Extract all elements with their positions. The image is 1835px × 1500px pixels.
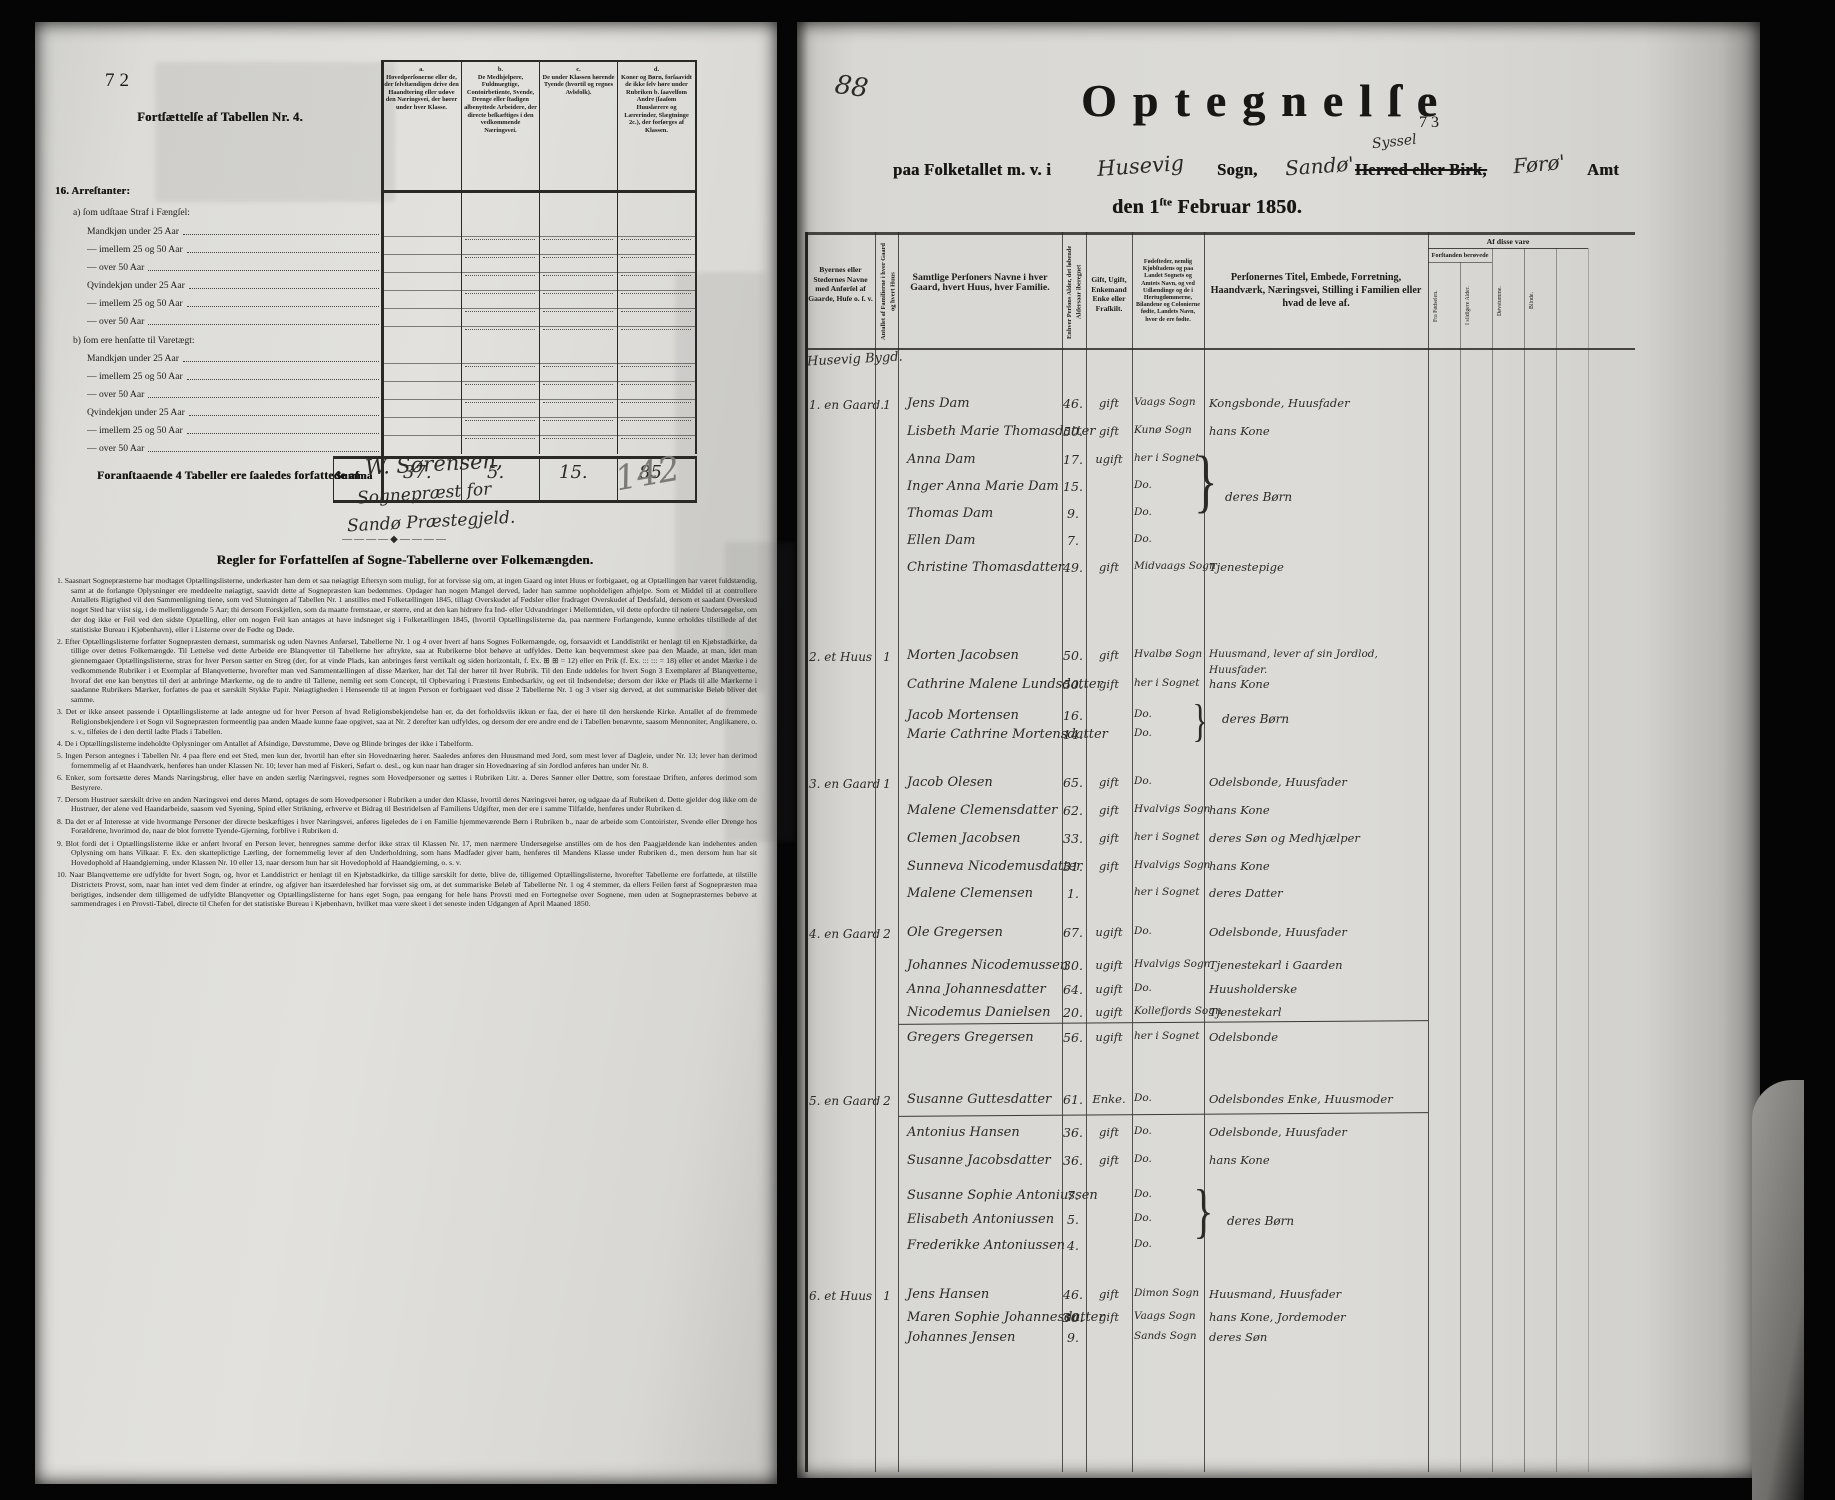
census-row: Christine Thomasdatter49.giftMidvaags So… [797, 560, 1760, 586]
rules-list: 1. Saasnart Sognepræsterne har modtaget … [57, 576, 757, 912]
rule-item: 6. Enker, som fortsætte deres Mands Næri… [57, 773, 757, 792]
census-row: Susanne Sophie Antoniussen7.Do. [797, 1188, 1760, 1214]
table4-colhead-d: d. Koner og Børn, forſaavidt de ikke ſel… [618, 64, 695, 134]
table4-colhead-b: b. De Medhjelpere, Fuldmægtige, Contoirb… [462, 64, 539, 134]
census-colhead-place: Byernes eller Stedernes Navne med Anførſ… [806, 262, 875, 306]
table4-colhead-a: a. Hovedperſonerne eller de, der ſelvſtæ… [382, 64, 461, 112]
district-handwritten: Sandø' [1284, 152, 1354, 181]
rule-item: 7. Dersom Hustruer særskilt drive en and… [57, 795, 757, 814]
subtitle-sogn: Sogn, [1217, 160, 1257, 180]
rule-item: 4. De i Optællingslisterne indeholdte Op… [57, 739, 757, 749]
table4-row: Qvindekjøn under 25 Aar [87, 280, 381, 291]
census-row: Malene Clemensdatter62.giftHvalvigs Sogn… [797, 803, 1760, 829]
table4-row: Qvindekjøn under 25 Aar [87, 407, 381, 418]
census-row: Johannes Jensen9.Sands Sognderes Søn [797, 1330, 1760, 1356]
census-colhead-insane: Forſtanden berøvede [1428, 248, 1492, 264]
table4-row: — over 50 Aar [87, 443, 381, 454]
census-colhead-blind: Blinde. [1526, 256, 1554, 346]
attestation-signature: W. Sørensen, [364, 448, 503, 479]
census-row: Johannes Nicodemussen30.ugiftHvalvigs So… [797, 958, 1760, 984]
left-folio-number: 72 [105, 70, 134, 92]
attestation-title: Sognepræst for [356, 479, 491, 508]
rule-item: 1. Saasnart Sognepræsterne har modtaget … [57, 576, 757, 634]
children-note: deres Børn [1227, 1214, 1294, 1228]
table4-row: Mandkjøn under 25 Aar [87, 353, 381, 364]
table4-row: — imellem 25 og 50 Aar [87, 298, 381, 309]
census-row: Thomas Dam9.Do. [797, 506, 1760, 532]
subtitle-amt: Amt [1587, 160, 1619, 180]
census-colhead-deafmute: Døvstumme. [1494, 256, 1522, 346]
table4-row: — over 50 Aar [87, 316, 381, 327]
rule-item: 2. Efter Optællingslisterne forfatter So… [57, 637, 757, 705]
census-row: Susanne Jacobsdatter36.giftDo.hans Kone [797, 1153, 1760, 1179]
census-row: Jacob Olesen65.giftDo.Odelsbonde, Huusfa… [797, 775, 1760, 801]
census-colhead-later-age: I sildigere Alder. [1462, 266, 1490, 346]
right-page: 88 Optegnelſe 73 paa Folketallet m. v. i… [797, 22, 1760, 1478]
children-note: deres Børn [1225, 490, 1292, 504]
census-row: Jens Dam46.giftVaags SognKongsbonde, Huu… [797, 396, 1760, 422]
census-row: Gregers Gregersen56.ugifther i SognetOde… [797, 1030, 1760, 1056]
table4-row: — imellem 25 og 50 Aar [87, 244, 381, 255]
census-colhead-from-birth: Fra Fødselen. [1430, 266, 1458, 346]
rule-item: 8. Da det er af Interesse at vide hvorma… [57, 817, 757, 836]
summa-value: 15. [559, 462, 588, 483]
syssel-handwritten: Syssel [1371, 132, 1417, 153]
census-row: Clemen Jacobsen33.gifther i Sognetderes … [797, 831, 1760, 857]
table4-row: — imellem 25 og 50 Aar [87, 371, 381, 382]
census-row: Sunneva Nicodemusdatter31.giftHvalvigs S… [797, 859, 1760, 885]
attestation-printed: Foranſtaaende 4 Tabeller ere ſaaledes fo… [97, 470, 359, 482]
census-row: Cathrine Malene Lundsdatter50.gifther i … [797, 677, 1760, 703]
census-colhead-birthplace: Fødeſteder, nemlig Kjøbſtadens og paa La… [1133, 256, 1203, 327]
census-row: Antonius Hansen36.giftDo.Odelsbonde, Huu… [797, 1125, 1760, 1151]
census-colhead-names: Samtlige Perſoners Navne i hver Gaard, h… [899, 270, 1061, 295]
census-row: Nicodemus Danielsen20.ugiftKollefjords S… [797, 1005, 1760, 1031]
children-brace: } [1192, 694, 1207, 747]
table4-row: b) ſom ere henſatte til Varetægt: [73, 335, 381, 346]
table4-colhead-c: c. De under Klassen hørende Tyende (hvor… [540, 64, 617, 96]
census-row: Anna Dam17.ugifther i Sognet [797, 452, 1760, 478]
census-colhead-families: Antallet af Familierne i hver Gaard og h… [877, 238, 897, 346]
section-ornament: ————◆———— [285, 534, 505, 545]
margin-mark: 88 [833, 70, 870, 104]
date-line: den 1ſte Februar 1850. [997, 196, 1417, 219]
children-note: deres Børn [1222, 712, 1289, 726]
amt-handwritten: Førø' [1512, 150, 1566, 178]
district-name: Husevig Bygd. [807, 350, 903, 370]
attestation-parish: Sandø Præstegjeld. [347, 508, 516, 537]
table4-row: — over 50 Aar [87, 389, 381, 400]
subtitle-struck: Herred eller Birk, [1355, 160, 1487, 180]
parish-handwritten: Husevig [1096, 151, 1185, 181]
census-row: Lisbeth Marie Thomasdatter50.giftKunø So… [797, 424, 1760, 450]
page-edge-curl [1752, 1080, 1804, 1500]
table4-row: — over 50 Aar [87, 262, 381, 273]
census-colhead-age: Enhver Perſons Alder, det løbende Alders… [1063, 238, 1085, 346]
census-book-scan: 72 Fortſættelſe af Tabellen Nr. 4. a. Ho… [0, 0, 1835, 1500]
subtitle-pre: paa Folketallet m. v. i [893, 160, 1051, 180]
census-row: Ellen Dam7.Do. [797, 533, 1760, 559]
page-title: Optegnelſe [917, 74, 1617, 127]
census-row: Ole Gregersen67.ugiftDo.Odelsbonde, Huus… [797, 925, 1760, 951]
rules-heading: Regler for Forfattelſen af Sogne-Tabelle… [55, 552, 755, 568]
rule-item: 3. Det er ikke anseet passende i Optælli… [57, 707, 757, 736]
table4-row: Mandkjøn under 25 Aar [87, 226, 381, 237]
census-row: Marie Cathrine Mortensdatter14.Do. [797, 727, 1760, 753]
children-brace: } [1193, 1177, 1213, 1246]
rule-item: 5. Ingen Person antegnes i Tabellen Nr. … [57, 751, 757, 770]
census-row: Malene Clemensen1.her i Sognetderes Datt… [797, 886, 1760, 912]
children-brace: } [1194, 442, 1218, 522]
table4-row: — imellem 25 og 50 Aar [87, 425, 381, 436]
left-page: 72 Fortſættelſe af Tabellen Nr. 4. a. Ho… [35, 22, 777, 1484]
table4-caption: Fortſættelſe af Tabellen Nr. 4. [75, 110, 365, 125]
census-colhead-status: Gift, Ugift, Enkemand Enke eller Fraſkil… [1087, 272, 1131, 316]
table4-row: 16. Arreſtanter: [55, 186, 381, 197]
rule-item: 9. Blot fordi det i Optællingslisterne i… [57, 839, 757, 868]
census-row: Frederikke Antoniussen4.Do. [797, 1238, 1760, 1264]
right-folio-number: 73 [1419, 114, 1443, 132]
table4-row: a) ſom udſtaae Straf i Fængſel: [73, 207, 381, 218]
census-colhead-occupation: Perſonernes Titel, Embede, Forretning, H… [1205, 268, 1427, 313]
rule-item: 10. Naar Blanqvetterne ere udfyldte for … [57, 870, 757, 909]
